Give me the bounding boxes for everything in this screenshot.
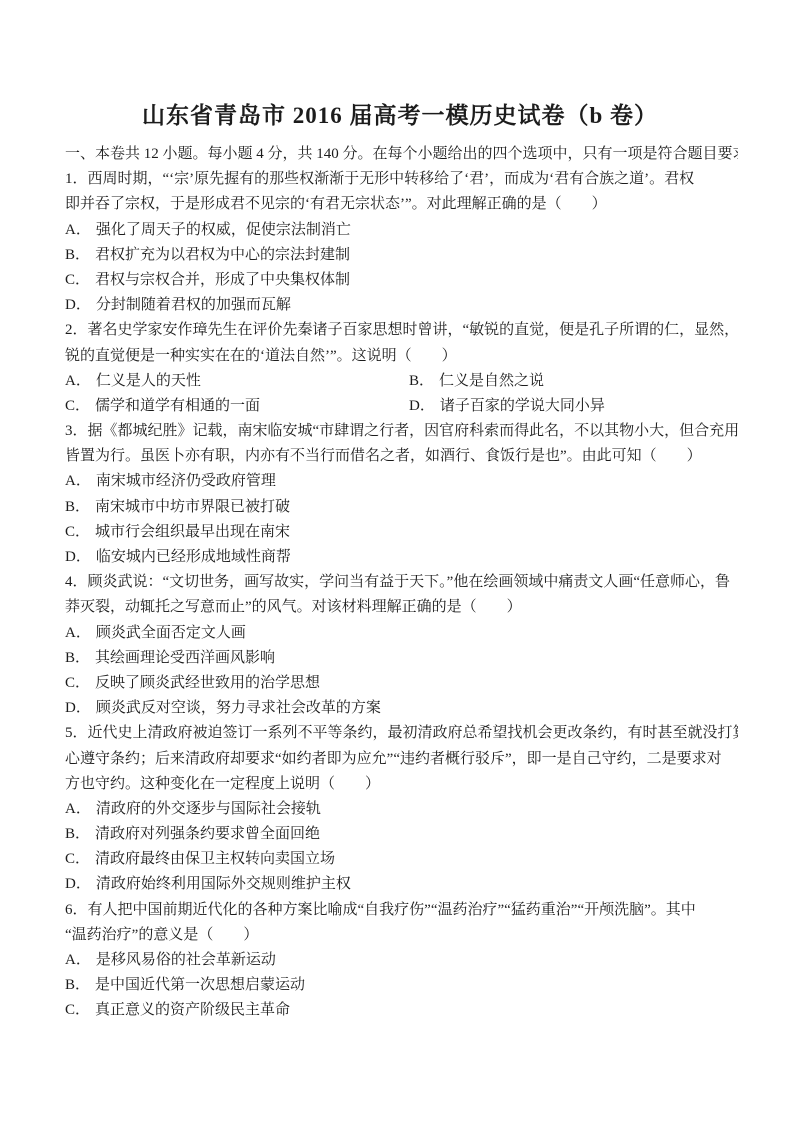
option-text: 反映了顾炎武经世致用的治学思想	[95, 675, 320, 691]
option-text: 顾炎武反对空谈，努力寻求社会改革的方案	[96, 700, 381, 716]
option-label: A．	[65, 222, 91, 238]
question-1-option-c: C．君权与宗权合并，形成了中央集权体制	[65, 268, 738, 293]
question-4-option-c: C．反映了顾炎武经世致用的治学思想	[65, 671, 738, 696]
option-label: D．	[65, 700, 91, 716]
option-label: A．	[65, 801, 91, 817]
option-label: D．	[65, 549, 91, 565]
exam-body: 一、本卷共 12 小题。每小题 4 分，共 140 分。在每个小题给出的四个选项…	[65, 142, 738, 1024]
question-2-options-row-1: A．仁义是人的天性 B．仁义是自然之说	[65, 369, 738, 394]
option-label: C．	[65, 524, 90, 540]
option-text: 临安城内已经形成地域性商帮	[96, 549, 291, 565]
option-label: B．	[409, 373, 434, 389]
question-6-option-b: B．是中国近代第一次思想启蒙运动	[65, 973, 738, 998]
question-3-option-a: A．南宋城市经济仍受政府管理	[65, 469, 738, 494]
option-text: 清政府的外交逐步与国际社会接轨	[96, 801, 321, 817]
option-text: 真正意义的资产阶级民主革命	[95, 1002, 290, 1018]
question-2-stem-line-1: 2．著名史学家安作璋先生在评价先秦诸子百家思想时曾讲，“敏锐的直觉，便是孔子所谓…	[65, 318, 738, 343]
option-text: 其绘画理论受西洋画风影响	[95, 650, 275, 666]
option-text: 南宋城市经济仍受政府管理	[96, 473, 276, 489]
question-2: 2．著名史学家安作璋先生在评价先秦诸子百家思想时曾讲，“敏锐的直觉，便是孔子所谓…	[65, 318, 738, 419]
question-6-stem-line-1: 6．有人把中国前期近代化的各种方案比喻成“自我疗伤”“温药治疗”“猛药重治”“开…	[65, 898, 738, 923]
question-2-option-d: D．诸子百家的学说大同小异	[409, 394, 605, 419]
question-1-option-d: D．分封制随着君权的加强而瓦解	[65, 293, 738, 318]
question-6: 6．有人把中国前期近代化的各种方案比喻成“自我疗伤”“温药治疗”“猛药重治”“开…	[65, 898, 738, 1024]
page-title: 山东省青岛市 2016 届高考一模历史试卷（b 卷）	[0, 0, 800, 132]
option-text: 君权扩充为以君权为中心的宗法封建制	[95, 247, 350, 263]
question-2-option-a: A．仁义是人的天性	[65, 373, 201, 389]
question-2-stem-line-2: 锐的直觉便是一种实实在在的‘道法自然’”。这说明（ ）	[65, 344, 738, 369]
question-2-option-c: C．儒学和道学有相通的一面	[65, 398, 260, 414]
option-text: 分封制随着君权的加强而瓦解	[96, 297, 291, 313]
option-label: D．	[65, 876, 91, 892]
question-2-options-row-2: C．儒学和道学有相通的一面 D．诸子百家的学说大同小异	[65, 394, 738, 419]
question-3-stem-line-2: 皆置为行。虽医卜亦有职，内亦有不当行而借名之者，如酒行、食饭行是也”。由此可知（…	[65, 444, 738, 469]
option-label: C．	[65, 398, 90, 414]
question-4-option-d: D．顾炎武反对空谈，努力寻求社会改革的方案	[65, 696, 738, 721]
option-label: A．	[65, 473, 91, 489]
option-label: C．	[65, 272, 90, 288]
exam-paper-page: 山东省青岛市 2016 届高考一模历史试卷（b 卷） 一、本卷共 12 小题。每…	[0, 0, 800, 1131]
question-4-option-b: B．其绘画理论受西洋画风影响	[65, 646, 738, 671]
option-text: 儒学和道学有相通的一面	[95, 398, 260, 414]
option-label: C．	[65, 1002, 90, 1018]
option-text: 清政府最终由保卫主权转向卖国立场	[95, 851, 335, 867]
option-text: 城市行会组织最早出现在南宋	[95, 524, 290, 540]
option-text: 顾炎武全面否定文人画	[96, 625, 246, 641]
option-text: 仁义是自然之说	[439, 373, 544, 389]
option-text: 仁义是人的天性	[96, 373, 201, 389]
option-label: A．	[65, 373, 91, 389]
option-text: 是移风易俗的社会革新运动	[96, 952, 276, 968]
option-label: D．	[409, 398, 435, 414]
option-label: B．	[65, 650, 90, 666]
question-4-stem-line-2: 莽灭裂，动辄托之写意而止”的风气。对该材料理解正确的是（ ）	[65, 595, 738, 620]
question-4: 4．顾炎武说：“文切世务，画写故实，学问当有益于天下。”他在绘画领域中痛责文人画…	[65, 570, 738, 721]
option-label: C．	[65, 851, 90, 867]
question-5: 5．近代史上清政府被迫签订一系列不平等条约，最初清政府总希望找机会更改条约，有时…	[65, 721, 738, 897]
option-label: B．	[65, 977, 90, 993]
option-label: A．	[65, 952, 91, 968]
question-1: 1．西周时期，“‘宗’原先握有的那些权渐渐于无形中转移给了‘君’，而成为‘君有合…	[65, 167, 738, 318]
question-5-option-c: C．清政府最终由保卫主权转向卖国立场	[65, 847, 738, 872]
question-5-option-d: D．清政府始终利用国际外交规则维护主权	[65, 872, 738, 897]
question-1-option-b: B．君权扩充为以君权为中心的宗法封建制	[65, 243, 738, 268]
question-5-stem-line-2: 心遵守条约；后来清政府却要求“如约者即为应允”“违约者概行驳斥”，即一是自己守约…	[65, 747, 738, 772]
question-1-stem-line-1: 1．西周时期，“‘宗’原先握有的那些权渐渐于无形中转移给了‘君’，而成为‘君有合…	[65, 167, 738, 192]
option-text: 强化了周天子的权威，促使宗法制消亡	[96, 222, 351, 238]
question-3-option-b: B．南宋城市中坊市界限已被打破	[65, 495, 738, 520]
section-intro: 一、本卷共 12 小题。每小题 4 分，共 140 分。在每个小题给出的四个选项…	[65, 142, 738, 167]
option-label: A．	[65, 625, 91, 641]
question-1-option-a: A．强化了周天子的权威，促使宗法制消亡	[65, 218, 738, 243]
question-5-stem-line-1: 5．近代史上清政府被迫签订一系列不平等条约，最初清政府总希望找机会更改条约，有时…	[65, 721, 738, 746]
question-6-option-a: A．是移风易俗的社会革新运动	[65, 948, 738, 973]
option-text: 君权与宗权合并，形成了中央集权体制	[95, 272, 350, 288]
question-5-option-b: B．清政府对列强条约要求曾全面回绝	[65, 822, 738, 847]
question-1-stem-line-2: 即并吞了宗权，于是形成君不见宗的‘有君无宗状态’”。对此理解正确的是（ ）	[65, 192, 738, 217]
option-label: B．	[65, 247, 90, 263]
question-6-stem-line-2: “温药治疗”的意义是（ ）	[65, 923, 738, 948]
option-label: D．	[65, 297, 91, 313]
option-text: 是中国近代第一次思想启蒙运动	[95, 977, 305, 993]
question-3-option-d: D．临安城内已经形成地域性商帮	[65, 545, 738, 570]
option-label: C．	[65, 675, 90, 691]
option-text: 南宋城市中坊市界限已被打破	[95, 499, 290, 515]
question-2-option-b: B．仁义是自然之说	[409, 369, 544, 394]
question-3: 3．据《都城纪胜》记载，南宋临安城“市肆谓之行者，因官府科索而得此名，不以其物小…	[65, 419, 738, 570]
option-text: 清政府对列强条约要求曾全面回绝	[95, 826, 320, 842]
option-text: 清政府始终利用国际外交规则维护主权	[96, 876, 351, 892]
option-label: B．	[65, 826, 90, 842]
question-3-option-c: C．城市行会组织最早出现在南宋	[65, 520, 738, 545]
question-4-option-a: A．顾炎武全面否定文人画	[65, 621, 738, 646]
question-5-stem-line-3: 方也守约。这种变化在一定程度上说明（ ）	[65, 772, 738, 797]
question-4-stem-line-1: 4．顾炎武说：“文切世务，画写故实，学问当有益于天下。”他在绘画领域中痛责文人画…	[65, 570, 738, 595]
option-text: 诸子百家的学说大同小异	[440, 398, 605, 414]
question-6-option-c: C．真正意义的资产阶级民主革命	[65, 998, 738, 1023]
option-label: B．	[65, 499, 90, 515]
question-5-option-a: A．清政府的外交逐步与国际社会接轨	[65, 797, 738, 822]
question-3-stem-line-1: 3．据《都城纪胜》记载，南宋临安城“市肆谓之行者，因官府科索而得此名，不以其物小…	[65, 419, 738, 444]
